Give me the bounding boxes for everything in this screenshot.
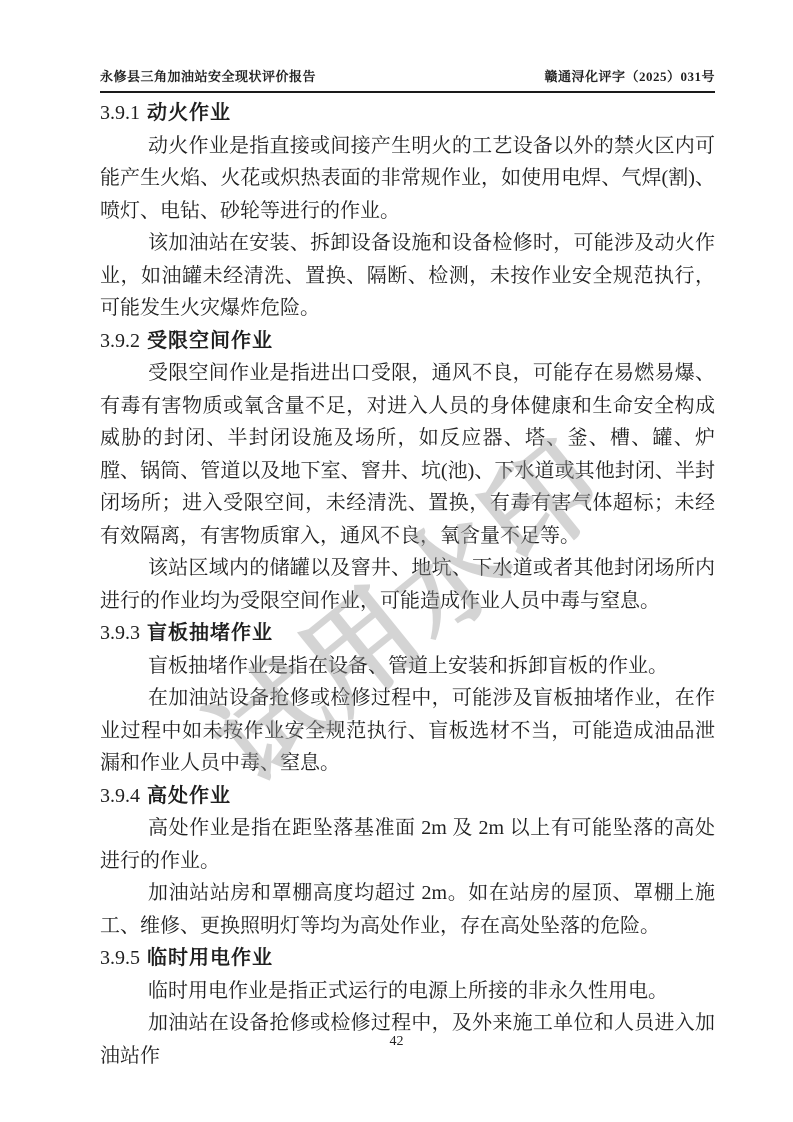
section-number: 3.9.1 <box>100 102 140 124</box>
paragraph: 盲板抽堵作业是指在设备、管道上安装和拆卸盲板的作业。 <box>100 650 715 683</box>
section-title: 动火作业 <box>147 102 231 124</box>
section-title: 高处作业 <box>147 785 231 807</box>
document-page: 永修县三角加油站安全现状评价报告 赣通浔化评字（2025）031号 3.9.1动… <box>0 0 793 1122</box>
section-number: 3.9.5 <box>100 947 140 969</box>
page-number: 42 <box>0 1034 793 1050</box>
doc-number: 赣通浔化评字（2025）031号 <box>544 66 715 85</box>
page-header: 永修县三角加油站安全现状评价报告 赣通浔化评字（2025）031号 <box>100 66 715 93</box>
section-heading-3-9-2: 3.9.2受限空间作业 <box>100 325 715 358</box>
section-heading-3-9-4: 3.9.4高处作业 <box>100 780 715 813</box>
section-heading-3-9-3: 3.9.3盲板抽堵作业 <box>100 617 715 650</box>
paragraph: 高处作业是指在距坠落基准面 2m 及 2m 以上有可能坠落的高处进行的作业。 <box>100 812 715 877</box>
paragraph: 该加油站在安装、拆卸设备设施和设备检修时，可能涉及动火作业，如油罐未经清洗、置换… <box>100 227 715 325</box>
section-heading-3-9-5: 3.9.5临时用电作业 <box>100 942 715 975</box>
section-title: 受限空间作业 <box>147 330 273 352</box>
report-title: 永修县三角加油站安全现状评价报告 <box>100 66 316 85</box>
section-number: 3.9.4 <box>100 785 140 807</box>
paragraph: 受限空间作业是指进出口受限，通风不良，可能存在易燃易爆、有毒有害物质或氧含量不足… <box>100 357 715 552</box>
paragraph: 动火作业是指直接或间接产生明火的工艺设备以外的禁火区内可能产生火焰、火花或炽热表… <box>100 130 715 228</box>
paragraph: 加油站站房和罩棚高度均超过 2m。如在站房的屋顶、罩棚上施工、维修、更换照明灯等… <box>100 877 715 942</box>
paragraph: 该站区域内的储罐以及窨井、地坑、下水道或者其他封闭场所内进行的作业均为受限空间作… <box>100 552 715 617</box>
paragraph: 临时用电作业是指正式运行的电源上所接的非永久性用电。 <box>100 975 715 1008</box>
paragraph: 在加油站设备抢修或检修过程中，可能涉及盲板抽堵作业，在作业过程中如未按作业安全规… <box>100 682 715 780</box>
section-title: 盲板抽堵作业 <box>147 622 273 644</box>
section-title: 临时用电作业 <box>147 947 273 969</box>
document-body: 3.9.1动火作业 动火作业是指直接或间接产生明火的工艺设备以外的禁火区内可能产… <box>100 97 715 1072</box>
section-number: 3.9.2 <box>100 330 140 352</box>
section-number: 3.9.3 <box>100 622 140 644</box>
section-heading-3-9-1: 3.9.1动火作业 <box>100 97 715 130</box>
